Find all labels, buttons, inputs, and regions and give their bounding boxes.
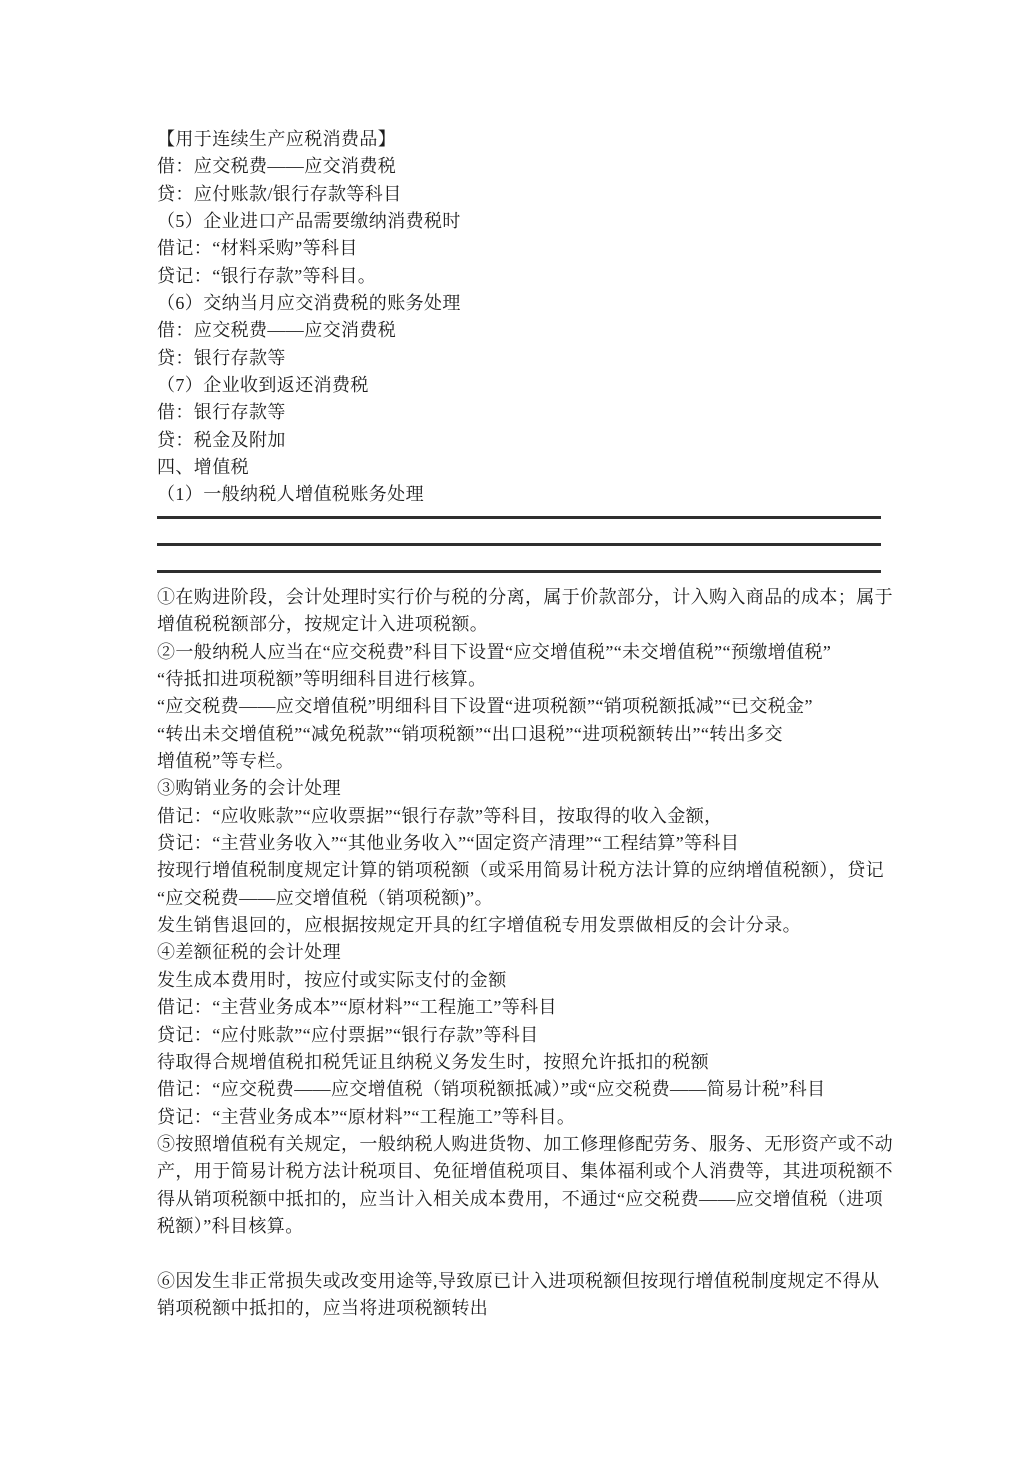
text-line: ①在购进阶段，会计处理时实行价与税的分离，属于价款部分，计入购入商品的成本；属于 bbox=[157, 584, 902, 611]
text-line: 按现行增值税制度规定计算的销项税额（或采用简易计税方法计算的应纳增值税额），贷记 bbox=[157, 857, 902, 884]
text-line: 借记：“材料采购”等科目 bbox=[157, 235, 902, 262]
text-line: ⑤按照增值税有关规定，一般纳税人购进货物、加工修理修配劳务、服务、无形资产或不动 bbox=[157, 1131, 902, 1158]
text-line: ③购销业务的会计处理 bbox=[157, 775, 902, 802]
horizontal-rule bbox=[157, 570, 881, 573]
text-line: 借记：“主营业务成本”“原材料”“工程施工”等科目 bbox=[157, 994, 902, 1021]
horizontal-rule bbox=[157, 543, 881, 546]
blank-line bbox=[157, 1240, 902, 1267]
text-line: 借记：“应交税费——应交增值税（销项税额抵减）”或“应交税费——简易计税”科目 bbox=[157, 1076, 902, 1103]
text-line: 四、增值税 bbox=[157, 454, 902, 481]
text-line: 贷记：“应付账款”“应付票据”“银行存款”等科目 bbox=[157, 1022, 902, 1049]
text-line: （6）交纳当月应交消费税的账务处理 bbox=[157, 290, 902, 317]
text-line: 借记：“应收账款”“应收票据”“银行存款”等科目，按取得的收入金额， bbox=[157, 803, 902, 830]
text-line: （1）一般纳税人增值税账务处理 bbox=[157, 481, 902, 508]
horizontal-rule bbox=[157, 516, 881, 519]
text-line: 贷记：“银行存款”等科目。 bbox=[157, 263, 902, 290]
text-line: ②一般纳税人应当在“应交税费”科目下设置“应交增值税”“未交增值税”“预缴增值税… bbox=[157, 639, 902, 666]
text-line: “应交税费——应交增值税（销项税额)”。 bbox=[157, 885, 902, 912]
text-line: 税额）”科目核算。 bbox=[157, 1213, 902, 1240]
text-line: 贷：应付账款/银行存款等科目 bbox=[157, 181, 902, 208]
text-line: （7）企业收到返还消费税 bbox=[157, 372, 902, 399]
text-line: 增值税税额部分，按规定计入进项税额。 bbox=[157, 611, 902, 638]
text-line: 发生销售退回的，应根据按规定开具的红字增值税专用发票做相反的会计分录。 bbox=[157, 912, 902, 939]
section-divider-rules bbox=[157, 516, 881, 576]
text-line: “转出未交增值税”“减免税款”“销项税额”“出口退税”“进项税额转出”“转出多交 bbox=[157, 721, 902, 748]
text-line: “应交税费——应交增值税”明细科目下设置“进项税额”“销项税额抵减”“已交税金” bbox=[157, 693, 902, 720]
text-line: “待抵扣进项税额”等明细科目进行核算。 bbox=[157, 666, 902, 693]
text-line: 借：银行存款等 bbox=[157, 399, 902, 426]
text-line: 贷：银行存款等 bbox=[157, 345, 902, 372]
text-line: 贷：税金及附加 bbox=[157, 427, 902, 454]
text-line: 得从销项税额中抵扣的，应当计入相关成本费用，不通过“应交税费——应交增值税（进项 bbox=[157, 1186, 902, 1213]
text-line: 待取得合规增值税扣税凭证且纳税义务发生时，按照允许抵扣的税额 bbox=[157, 1049, 902, 1076]
text-line: 发生成本费用时，按应付或实际支付的金额 bbox=[157, 967, 902, 994]
text-line: （5）企业进口产品需要缴纳消费税时 bbox=[157, 208, 902, 235]
text-line: 借：应交税费——应交消费税 bbox=[157, 317, 902, 344]
text-line: 销项税额中抵扣的，应当将进项税额转出 bbox=[157, 1295, 902, 1322]
text-line: ④差额征税的会计处理 bbox=[157, 939, 902, 966]
text-line: 产，用于简易计税方法计税项目、免征增值税项目、集体福利或个人消费等，其进项税额不 bbox=[157, 1158, 902, 1185]
text-line: 贷记：“主营业务成本”“原材料”“工程施工”等科目。 bbox=[157, 1104, 902, 1131]
text-line: 借：应交税费——应交消费税 bbox=[157, 153, 902, 180]
document-page: 【用于连续生产应税消费品】 借：应交税费——应交消费税 贷：应付账款/银行存款等… bbox=[0, 0, 1036, 1465]
text-line: 【用于连续生产应税消费品】 bbox=[157, 126, 902, 153]
text-line: 贷记：“主营业务收入”“其他业务收入”“固定资产清理”“工程结算”等科目 bbox=[157, 830, 902, 857]
text-line: 增值税”等专栏。 bbox=[157, 748, 902, 775]
text-line: ⑥因发生非正常损失或改变用途等,导致原已计入进项税额但按现行增值税制度规定不得从 bbox=[157, 1268, 902, 1295]
consumption-tax-section: 【用于连续生产应税消费品】 借：应交税费——应交消费税 贷：应付账款/银行存款等… bbox=[157, 126, 902, 509]
vat-section: ①在购进阶段，会计处理时实行价与税的分离，属于价款部分，计入购入商品的成本；属于… bbox=[157, 584, 902, 1322]
